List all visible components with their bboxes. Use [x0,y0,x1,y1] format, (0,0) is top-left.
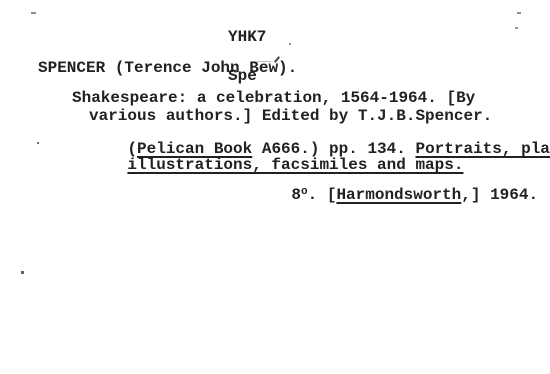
scan-speck [21,271,24,274]
title-line-1: Shakespeare: a celebration, 1564-1964. [… [72,90,475,106]
format-superscript-o: o [301,186,308,198]
format-number: 8 [291,186,301,204]
scan-speck [257,61,271,62]
title-line-2: various authors.] Edited by T.J.B.Spence… [89,108,492,124]
scan-speck [37,142,39,144]
imprint-place-suffix: ,] [461,186,490,204]
imprint-separator: . [ [308,186,337,204]
author-heading: SPENCER (Terence John Bew). [38,60,297,76]
scan-speck [31,12,36,14]
imprint-line: 8o. [Harmondsworth,] 1964. [253,171,538,219]
scan-speck [515,27,518,29]
imprint-place-underlined: Harmondsworth [336,186,461,204]
catalogue-card: YHK7 Spe SPENCER (Terence John Bew). Sha… [0,0,550,374]
scan-speck [517,12,521,14]
imprint-year: 1964. [490,186,538,204]
scan-speck [289,43,291,45]
shelfmark-class-line: YHK7 [228,31,266,44]
